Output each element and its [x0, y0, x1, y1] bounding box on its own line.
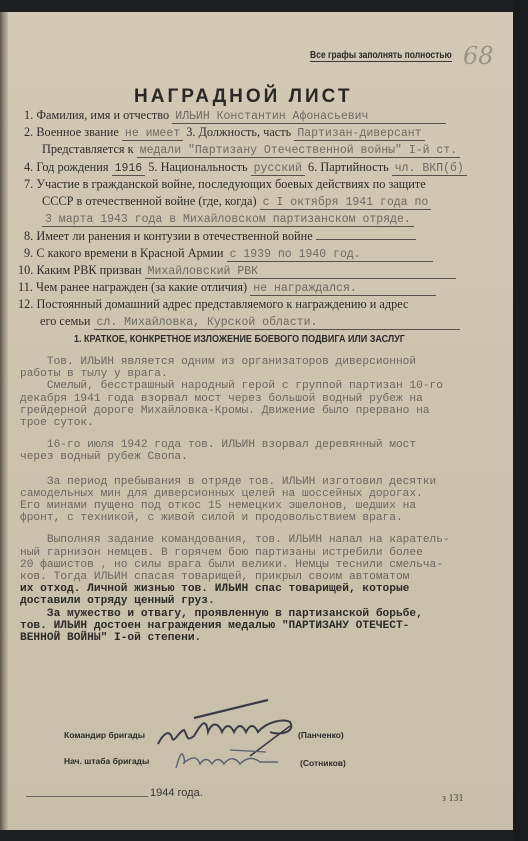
narrative-line: работы в тылу у врага. [20, 368, 450, 380]
nationality-value: русский [251, 162, 305, 176]
narrative-line: 16-го июля 1942 года тов. ИЛЬИН взорвал … [20, 439, 450, 451]
date-blank-line [26, 796, 148, 797]
narrative-line: ный гарнизон немцев. В горячем бою парти… [20, 547, 450, 559]
address-value: сл. Михайловка, Курской области. [94, 316, 460, 330]
narrative-line: фронт, с техникой, с живой силой и продо… [20, 512, 450, 524]
narrative-line: Тов. ИЛЬИН является одним из организатор… [20, 356, 450, 368]
sheet-number: 68 [463, 42, 494, 70]
field-7-line-3: 3 марта 1943 года в Михайловском партиза… [42, 211, 414, 226]
narrative-line: их отход. Личной жизнью тов. ИЛЬИН спас … [20, 583, 450, 595]
previous-awards-value: не награждался. [250, 282, 436, 296]
section-title: 1. КРАТКОЕ, КОНКРЕТНОЕ ИЗЛОЖЕНИЕ БОЕВОГО… [74, 334, 405, 345]
field-7-line-2: СССР в отечественной войне (где, когда) … [42, 194, 431, 209]
narrative-block: Тов. ИЛЬИН является одним из организатор… [20, 356, 450, 644]
archive-mark: з 131 [442, 793, 463, 804]
date-year: 1944 года. [150, 787, 203, 799]
full-name-value: ИЛЬИН Константин Афонасьевич [172, 110, 446, 124]
narrative-line: За мужество и отвагу, проявленную в парт… [20, 608, 450, 620]
chief-of-staff-name: (Сотников) [300, 758, 346, 768]
narrative-line: Выполняя задание командования, тов. ИЛЬИ… [20, 534, 450, 546]
page-binding-edge [0, 12, 8, 830]
party-value: чл. ВКП(б) [392, 162, 467, 176]
commander-label: Командир бригады [64, 730, 145, 740]
narrative-line: Смелый, бесстрашный народный герой с гру… [20, 380, 450, 392]
narrative-line: 20 фашистов , но силы врага были велики.… [20, 559, 450, 571]
scan-background [513, 0, 528, 841]
field-7-war-participation: 7. Участие в гражданской войне, последую… [24, 177, 426, 192]
instruction-text: Все графы заполнять полностью [310, 50, 452, 62]
narrative-line [20, 524, 450, 534]
red-army-value: с 1939 по 1940 год. [227, 248, 433, 262]
narrative-line: тов. ИЛЬИН достоен награждения медалью "… [20, 620, 450, 632]
field-2-3-rank-position: 2. Военное звание не имеет 3. Должность,… [24, 125, 425, 140]
page-title: НАГРАДНОЙ ЛИСТ [134, 86, 352, 108]
position-value: Партизан-диверсант [294, 127, 424, 141]
narrative-line: через водный рубеж Свопа. [20, 451, 450, 463]
rank-value: не имеет [122, 127, 183, 141]
chief-of-staff-signature [170, 740, 290, 774]
narrative-line: За период пребывания в отряде тов. ИЛЬИН… [20, 476, 450, 488]
birth-year-value: 1916 [112, 162, 146, 176]
award-value: медали "Партизану Отечественной войны" I… [137, 144, 460, 158]
field-10-rvk: 10. Каким РВК призван Михайловский РВК [18, 263, 456, 279]
rvk-value: Михайловский РВК [145, 265, 456, 279]
field-9-red-army: 9. С какого времени в Красной Армии с 19… [24, 246, 433, 262]
narrative-line: самодельных мин для диверсионных целей н… [20, 488, 450, 500]
narrative-line: Его минами пущено под откос 15 немецких … [20, 500, 450, 512]
commander-name: (Панченко) [298, 730, 344, 740]
field-12-line-2: его семьи сл. Михайловка, Курской област… [40, 314, 460, 330]
narrative-line: доставили отряду ценный груз. [20, 595, 450, 607]
narrative-line [20, 429, 450, 439]
narrative-line: грейдерной дороге Михайловка-Кромы. Движ… [20, 405, 450, 417]
field-4-5-6: 4. Год рождения 1916 5. Национальность р… [24, 160, 467, 175]
field-12-address: 12. Постоянный домашний адрес представля… [18, 297, 409, 312]
wounds-blank [316, 239, 416, 240]
narrative-line: ков. Тогда ИЛЬИН спасая товарищей, прикр… [20, 571, 450, 583]
field-presented-for: Представляется к медали "Партизану Отече… [42, 142, 460, 157]
war-participation-value-1: с I октября 1941 года по [260, 196, 432, 210]
narrative-line: трое суток. [20, 417, 450, 429]
field-1-full-name: 1. Фамилия, имя и отчество ИЛЬИН Констан… [24, 108, 446, 124]
award-sheet-page: Все графы заполнять полностью 68 НАГРАДН… [8, 12, 513, 830]
field-11-previous-awards: 11. Чем ранее награжден (за какие отличи… [18, 280, 436, 296]
narrative-line: декабря 1941 года взорвал мост через бол… [20, 393, 450, 405]
narrative-line [20, 464, 450, 476]
field-8-wounds: 8. Имеет ли ранения и контузии в отечест… [24, 229, 416, 244]
narrative-line: ВЕННОЙ ВОЙНЫ" I-ой степени. [20, 632, 450, 644]
war-participation-value-2: 3 марта 1943 года в Михайловском партиза… [42, 213, 414, 227]
chief-of-staff-label: Нач. штаба бригады [64, 756, 149, 766]
